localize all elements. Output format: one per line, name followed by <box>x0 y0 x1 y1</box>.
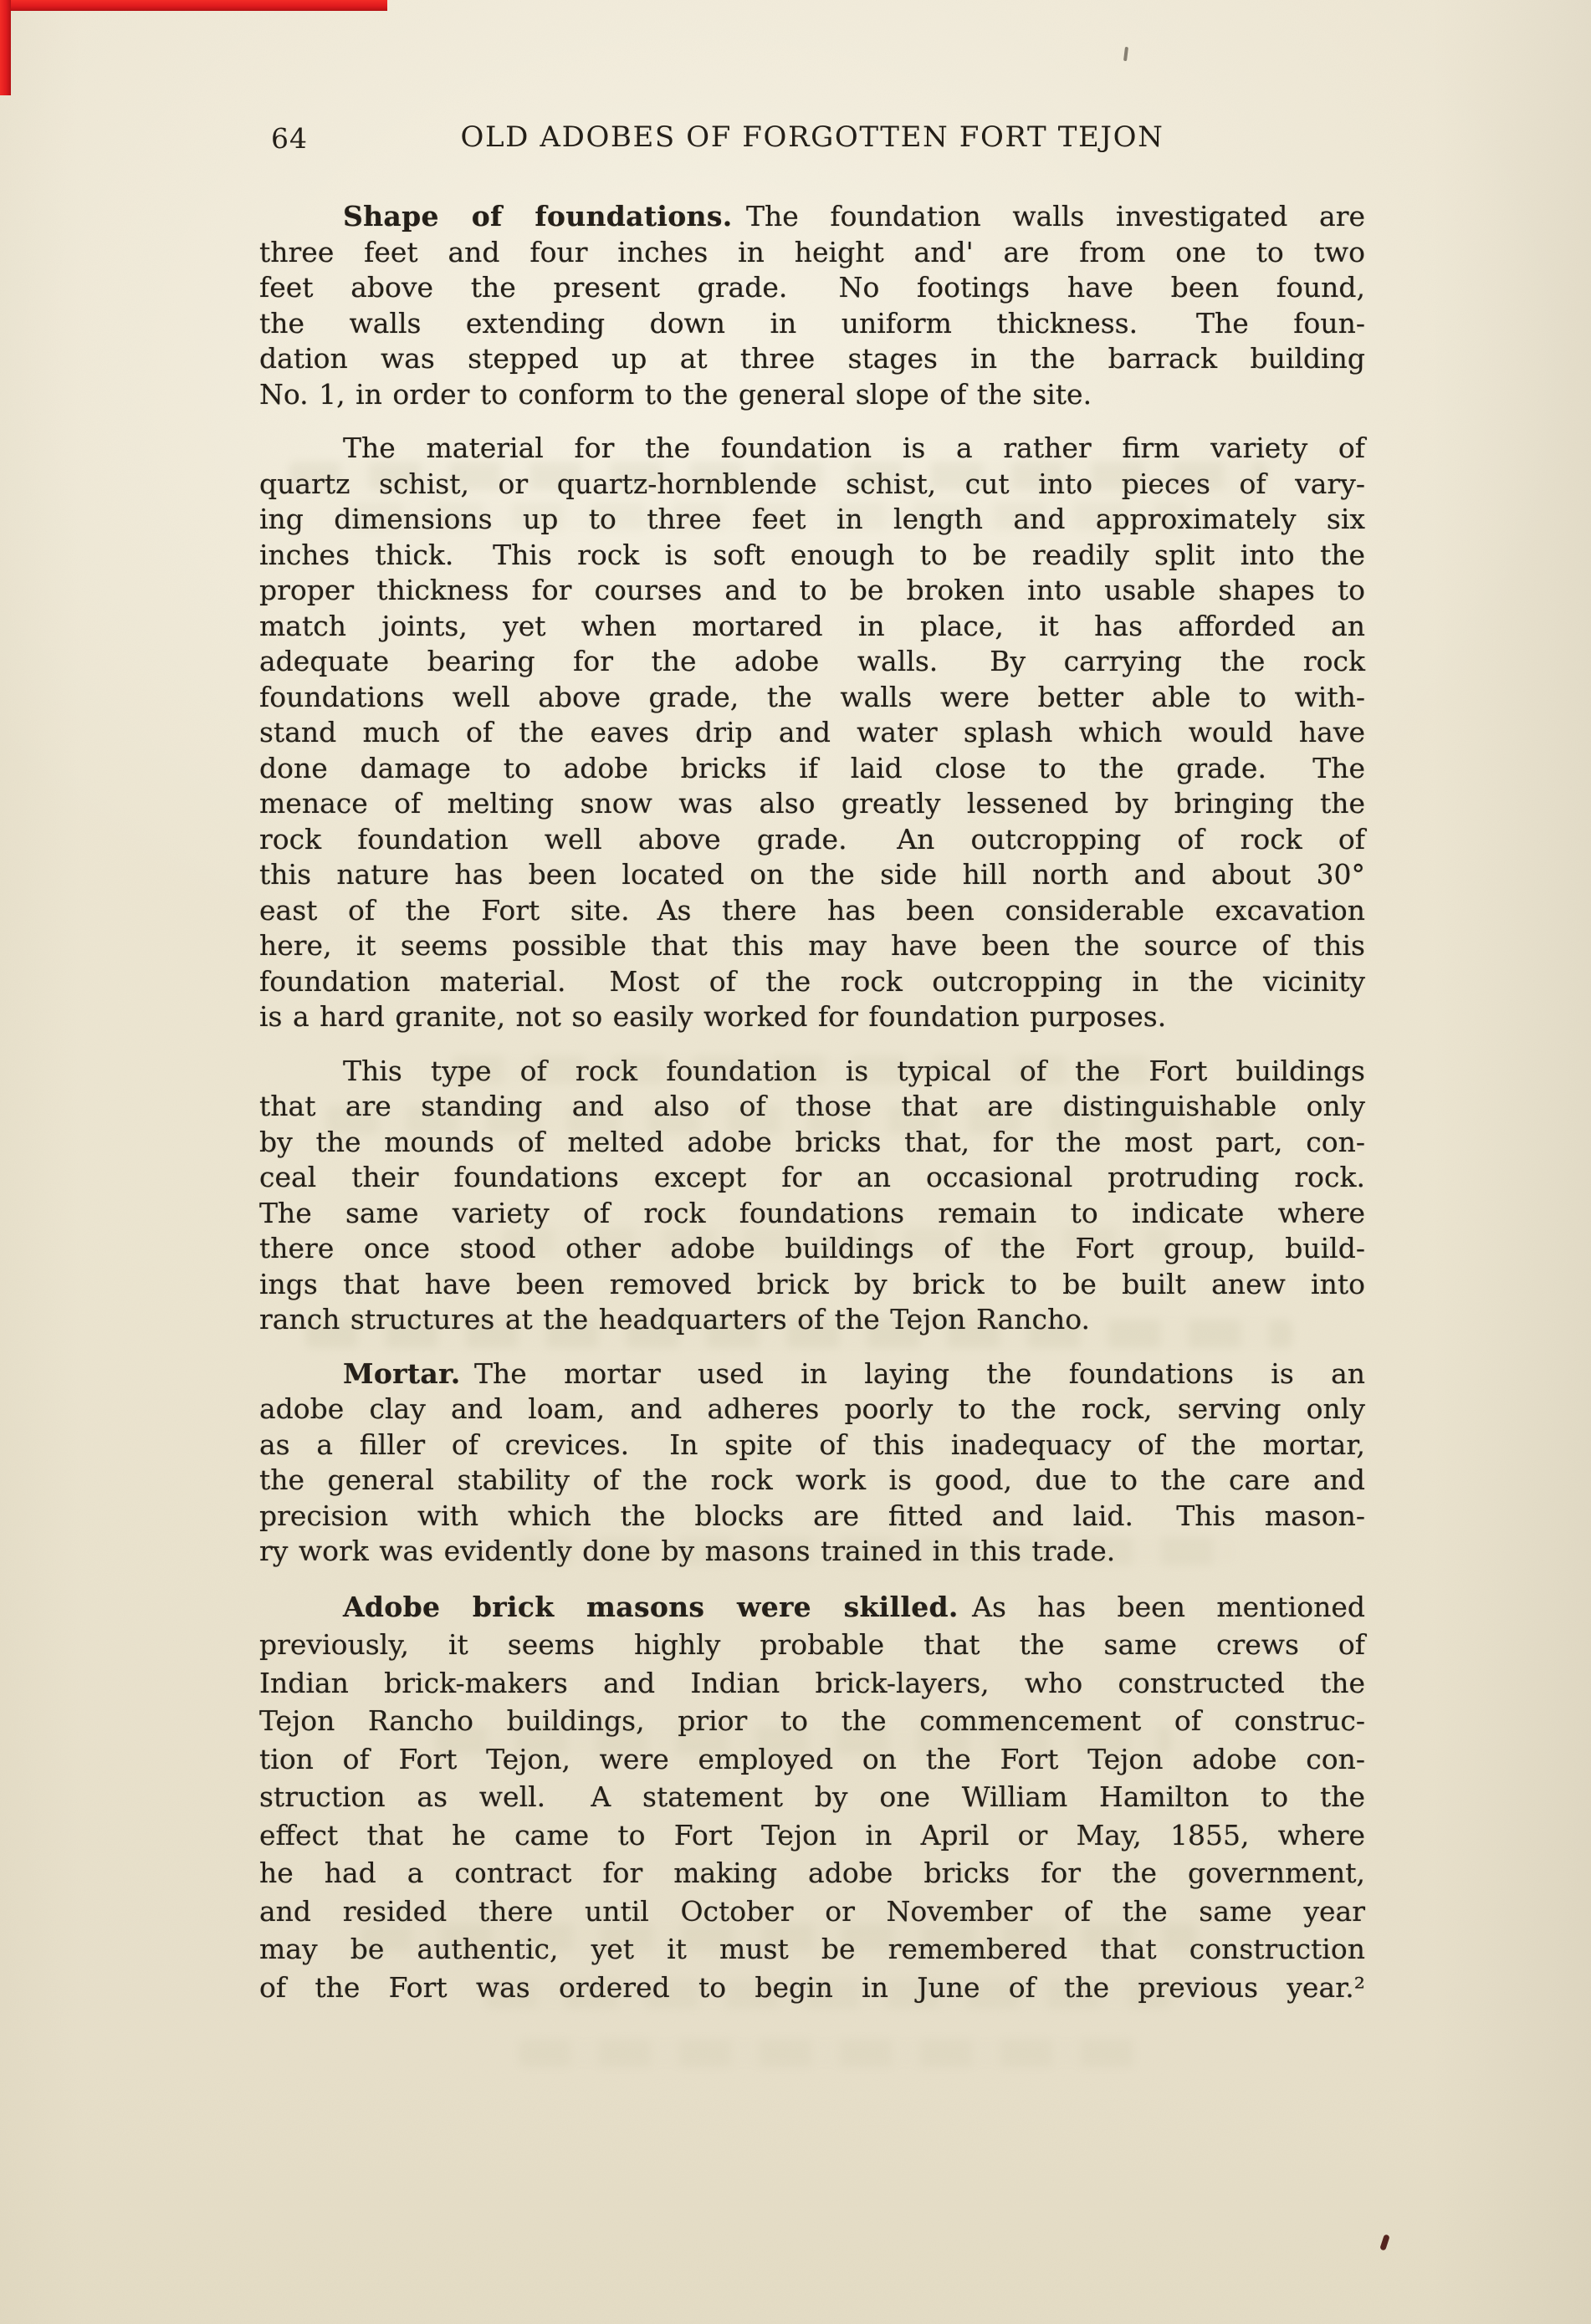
text-line: the walls extending down in uniform thic… <box>259 306 1365 342</box>
scanned-book-page: 64 OLD ADOBES OF FORGOTTEN FORT TEJON Sh… <box>0 0 1591 2324</box>
text-line: of the Fort was ordered to begin in June… <box>259 1969 1365 2007</box>
text-line: Adobe brick masons were skilled. As has … <box>259 1588 1365 1627</box>
text-line: there once stood other adobe buildings o… <box>259 1231 1365 1267</box>
paragraph-mortar: Mortar. The mortar used in laying the fo… <box>259 1356 1365 1570</box>
text-line: stand much of the eaves drip and water s… <box>259 715 1365 751</box>
text-line: three feet and four inches in height and… <box>259 235 1365 271</box>
paragraph-lead: Mortar. <box>343 1357 461 1390</box>
text-line: foundation material. Most of the rock ou… <box>259 964 1365 1000</box>
text-line: that are standing and also of those that… <box>259 1089 1365 1125</box>
text-line: The material for the foundation is a rat… <box>259 431 1365 467</box>
text-line: east of the Fort site. As there has been… <box>259 893 1365 929</box>
text-line: ing dimensions up to three feet in lengt… <box>259 502 1365 538</box>
text-line: as a filler of crevices. In spite of thi… <box>259 1428 1365 1463</box>
text-line: Mortar. The mortar used in laying the fo… <box>259 1356 1365 1392</box>
text-line: previously, it seems highly probable tha… <box>259 1626 1365 1664</box>
paragraph-typical-foundations: This type of rock foundation is typical … <box>259 1054 1365 1338</box>
text-line: match joints, yet when mortared in place… <box>259 609 1365 645</box>
page-number: 64 <box>271 122 308 155</box>
showthrough-ghost <box>519 2039 1138 2067</box>
paragraph-foundation-material: The material for the foundation is a rat… <box>259 431 1365 1035</box>
text-line: and resided there until October or Novem… <box>259 1892 1365 1931</box>
text-line: ry work was evidently done by masons tra… <box>259 1534 1365 1570</box>
text-line: quartz schist, or quartz-hornblende schi… <box>259 467 1365 503</box>
text-line: Indian brick-makers and Indian brick-lay… <box>259 1664 1365 1703</box>
paragraph-adobe-brick-masons: Adobe brick masons were skilled. As has … <box>259 1588 1365 2007</box>
dust-fleck <box>1123 47 1128 61</box>
body-text: Shape of foundations. The foundation wal… <box>259 199 1365 2006</box>
text-line: Shape of foundations. The foundation wal… <box>259 199 1365 235</box>
text-line-rest: The mortar used in laying the foundation… <box>461 1357 1366 1390</box>
text-line: dation was stepped up at three stages in… <box>259 341 1365 377</box>
text-line: adobe clay and loam, and adheres poorly … <box>259 1392 1365 1428</box>
text-line: precision with which the blocks are fitt… <box>259 1499 1365 1535</box>
text-line: ceal their foundations except for an occ… <box>259 1160 1365 1196</box>
text-line: ings that have been removed brick by bri… <box>259 1267 1365 1303</box>
text-line: struction as well. A statement by one Wi… <box>259 1778 1365 1816</box>
text-line: here, it seems possible that this may ha… <box>259 928 1365 964</box>
running-head: 64 OLD ADOBES OF FORGOTTEN FORT TEJON <box>259 120 1365 159</box>
text-line: menace of melting snow was also greatly … <box>259 786 1365 822</box>
text-line: he had a contract for making adobe brick… <box>259 1854 1365 1892</box>
paragraph-shape-of-foundations: Shape of foundations. The foundation wal… <box>259 199 1365 412</box>
text-line: feet above the present grade. No footing… <box>259 270 1365 306</box>
text-line: Tejon Rancho buildings, prior to the com… <box>259 1702 1365 1740</box>
text-line: No. 1, in order to conform to the genera… <box>259 377 1365 413</box>
text-line: may be authentic, yet it must be remembe… <box>259 1930 1365 1969</box>
paragraph-lead: Adobe brick masons were skilled. <box>343 1591 959 1623</box>
text-line: done damage to adobe bricks if laid clos… <box>259 751 1365 787</box>
text-line: the general stability of the rock work i… <box>259 1463 1365 1499</box>
text-line: This type of rock foundation is typical … <box>259 1054 1365 1090</box>
text-line: effect that he came to Fort Tejon in Apr… <box>259 1816 1365 1855</box>
text-line-rest: The foundation walls investigated are <box>733 200 1365 232</box>
text-line-rest: As has been mentioned <box>959 1591 1365 1623</box>
text-line: adequate bearing for the adobe walls. By… <box>259 644 1365 680</box>
text-line: foundations well above grade, the walls … <box>259 680 1365 716</box>
running-title: OLD ADOBES OF FORGOTTEN FORT TEJON <box>259 120 1365 154</box>
text-line: tion of Fort Tejon, were employed on the… <box>259 1740 1365 1779</box>
red-edge-artifact-top <box>0 0 387 11</box>
text-line: is a hard granite, not so easily worked … <box>259 999 1365 1035</box>
text-line: proper thickness for courses and to be b… <box>259 573 1365 609</box>
text-line: by the mounds of melted adobe bricks tha… <box>259 1125 1365 1161</box>
text-line: ranch structures at the headquarters of … <box>259 1302 1365 1338</box>
text-line: inches thick. This rock is soft enough t… <box>259 538 1365 574</box>
ink-speck <box>1379 2234 1390 2250</box>
text-line: The same variety of rock foundations rem… <box>259 1196 1365 1232</box>
red-edge-artifact-left <box>0 0 11 95</box>
paragraph-lead: Shape of foundations. <box>343 200 733 232</box>
text-line: rock foundation well above grade. An out… <box>259 822 1365 858</box>
text-line: this nature has been located on the side… <box>259 857 1365 893</box>
